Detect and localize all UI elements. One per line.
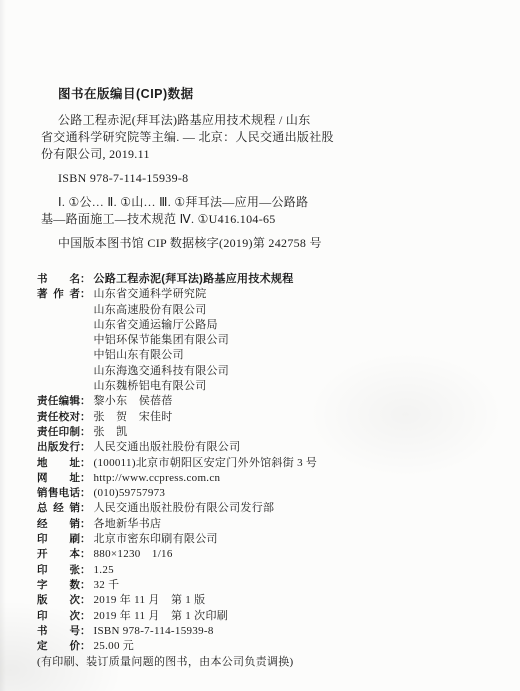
row-value: 各地新华书店: [94, 517, 162, 532]
row-value: 山东海逸交通科技有限公司: [94, 364, 230, 379]
row-label: 书名: [37, 272, 80, 287]
row-colon: ：: [80, 593, 91, 608]
row-label: 经销: [37, 517, 80, 532]
row-value: 人民交通出版社股份有限公司: [94, 440, 241, 455]
row-label: 印刷: [37, 532, 80, 547]
row-label: 印张: [37, 563, 80, 578]
row-colon: ：: [80, 532, 91, 547]
row-value: 山东魏桥铝电有限公司: [94, 379, 207, 394]
row-label: 字数: [37, 578, 80, 593]
row-colon: ：: [80, 609, 91, 624]
cip-line: 基—路面施工—技术规范 Ⅳ. ①U416.104-65: [41, 211, 465, 228]
row-colon: ：: [80, 272, 91, 287]
row-value: 黎小东 侯蓓蓓: [94, 394, 173, 409]
publication-row: 网址：http://www.ccpress.com.cn: [37, 471, 487, 486]
row-colon: ：: [80, 394, 91, 409]
row-label: 印次: [37, 609, 80, 624]
row-value: 张 凯: [94, 425, 128, 440]
publication-row: 责任编辑：黎小东 侯蓓蓓: [37, 394, 487, 409]
row-label: 出版发行: [37, 440, 80, 455]
row-colon: ：: [80, 624, 91, 639]
publication-row: 著作者：山东省交通科学研究院: [37, 287, 487, 302]
row-value: 1.25: [94, 563, 114, 578]
publication-row: ：山东魏桥铝电有限公司: [37, 379, 487, 394]
row-colon: ：: [80, 456, 91, 471]
row-value: 张 贺 宋佳时: [94, 410, 173, 425]
publication-row: 销售电话：(010)59757973: [37, 486, 487, 501]
publication-row: 开本：880×1230 1/16: [37, 547, 487, 562]
row-label: 开本: [37, 547, 80, 562]
publication-row: 总经销：人民交通出版社股份有限公司发行部: [37, 501, 487, 516]
row-value: 2019 年 11 月 第 1 版: [94, 593, 206, 608]
quality-note: (有印刷、装订质量问题的图书，由本公司负责调换): [37, 655, 487, 670]
row-label: 地址: [37, 456, 80, 471]
publication-rows: 书名：公路工程赤泥(拜耳法)路基应用技术规程 著作者：山东省交通科学研究院 ：山…: [37, 272, 487, 654]
row-colon: ：: [80, 639, 91, 654]
publication-row: 印次：2019 年 11 月 第 1 次印刷: [37, 609, 487, 624]
row-label: 版次: [37, 593, 80, 608]
publication-row: 版次：2019 年 11 月 第 1 版: [37, 593, 487, 608]
row-colon: ：: [80, 425, 91, 440]
publication-row: ：山东海逸交通科技有限公司: [37, 364, 487, 379]
row-value: 中铝环保节能集团有限公司: [94, 333, 230, 348]
row-value: 人民交通出版社股份有限公司发行部: [94, 501, 275, 516]
row-colon: ：: [80, 440, 91, 455]
row-value: http://www.ccpress.com.cn: [94, 471, 221, 486]
publication-row: ：中铝山东有限公司: [37, 348, 487, 363]
publication-row: 书号：ISBN 978-7-114-15939-8: [37, 624, 487, 639]
row-colon: ：: [80, 578, 91, 593]
row-value: (100011)北京市朝阳区安定门外外馆斜街 3 号: [94, 456, 318, 471]
row-label: 责任校对: [37, 410, 80, 425]
publication-row: 定价：25.00 元: [37, 639, 487, 654]
publication-row: 书名：公路工程赤泥(拜耳法)路基应用技术规程: [37, 272, 487, 287]
cip-line: 份有限公司, 2019.11: [41, 146, 465, 163]
publication-section: 书名：公路工程赤泥(拜耳法)路基应用技术规程 著作者：山东省交通科学研究院 ：山…: [37, 272, 487, 670]
publication-row: ：中铝环保节能集团有限公司: [37, 333, 487, 348]
publication-row: 印张：1.25: [37, 563, 487, 578]
publication-row: 责任校对：张 贺 宋佳时: [37, 410, 487, 425]
publication-row: ：山东省交通运输厅公路局: [37, 318, 487, 333]
cip-header: 图书在版编目(CIP)数据: [58, 84, 465, 102]
row-colon: ：: [80, 547, 91, 562]
cip-lines: 公路工程赤泥(拜耳法)路基应用技术规程 / 山东 省交通科学研究院等主编. — …: [41, 112, 465, 252]
publication-row: 责任印制：张 凯: [37, 425, 487, 440]
row-value: 25.00 元: [94, 639, 135, 654]
row-label: 总经销: [37, 501, 80, 516]
cip-line: 中国版本图书馆 CIP 数据核字(2019)第 242758 号: [41, 235, 465, 252]
cip-line: 公路工程赤泥(拜耳法)路基应用技术规程 / 山东: [41, 112, 465, 129]
row-colon: ：: [80, 501, 91, 516]
row-value: ISBN 978-7-114-15939-8: [94, 624, 214, 639]
row-label: 网址: [37, 471, 80, 486]
row-colon: ：: [80, 410, 91, 425]
cip-line: ISBN 978-7-114-15939-8: [41, 170, 465, 187]
row-colon: ：: [80, 486, 91, 501]
row-value: 山东高速股份有限公司: [94, 303, 207, 318]
row-value: 山东省交通科学研究院: [94, 287, 207, 302]
book-copyright-page: 图书在版编目(CIP)数据 公路工程赤泥(拜耳法)路基应用技术规程 / 山东 省…: [0, 0, 520, 691]
row-value: 32 千: [94, 578, 120, 593]
row-colon: ：: [80, 287, 91, 302]
row-label: 责任印制: [37, 425, 80, 440]
row-value: 公路工程赤泥(拜耳法)路基应用技术规程: [94, 272, 294, 287]
row-value: 2019 年 11 月 第 1 次印刷: [94, 609, 229, 624]
row-label: 书号: [37, 624, 80, 639]
publication-row: 出版发行：人民交通出版社股份有限公司: [37, 440, 487, 455]
row-value: 山东省交通运输厅公路局: [94, 318, 218, 333]
row-colon: ：: [80, 471, 91, 486]
cip-line: 省交通科学研究院等主编. — 北京：人民交通出版社股: [41, 129, 465, 146]
row-value: 北京市密东印刷有限公司: [94, 532, 218, 547]
publication-row: 经销：各地新华书店: [37, 517, 487, 532]
publication-row: 字数：32 千: [37, 578, 487, 593]
row-colon: ：: [80, 517, 91, 532]
row-label: 定价: [37, 639, 80, 654]
row-value: 880×1230 1/16: [94, 547, 173, 562]
row-label: 著作者: [37, 287, 80, 302]
row-value: (010)59757973: [94, 486, 166, 501]
row-value: 中铝山东有限公司: [94, 348, 184, 363]
row-label: 销售电话: [37, 486, 80, 501]
publication-row: 印刷：北京市密东印刷有限公司: [37, 532, 487, 547]
cip-line: Ⅰ. ①公… Ⅱ. ①山… Ⅲ. ①拜耳法—应用—公路路: [41, 194, 465, 211]
row-colon: ：: [80, 563, 91, 578]
cip-section: 图书在版编目(CIP)数据 公路工程赤泥(拜耳法)路基应用技术规程 / 山东 省…: [41, 84, 465, 252]
publication-row: ：山东高速股份有限公司: [37, 303, 487, 318]
row-label: 责任编辑: [37, 394, 80, 409]
publication-row: 地址：(100011)北京市朝阳区安定门外外馆斜街 3 号: [37, 456, 487, 471]
